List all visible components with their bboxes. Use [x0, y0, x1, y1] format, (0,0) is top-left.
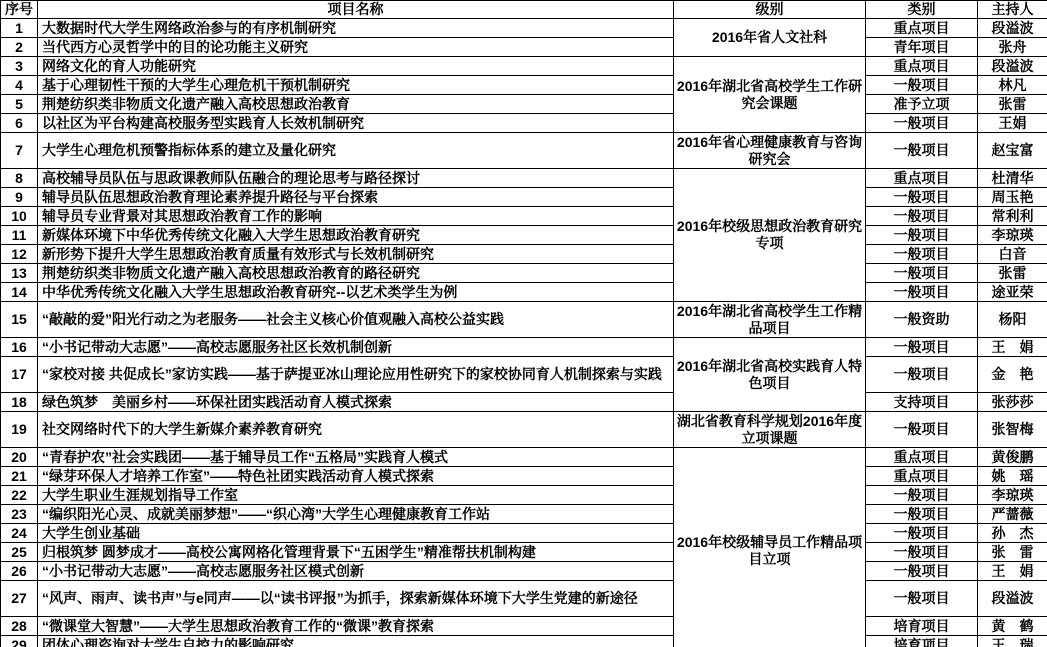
table-row: 15“敲敲的爱”阳光行动之为老服务——社会主义核心价值观融入高校公益实践2016…: [1, 302, 1047, 338]
leader-cell: 张舟: [978, 38, 1047, 57]
row-number-cell: 22: [1, 486, 38, 505]
header-category: 类别: [866, 1, 978, 19]
table-row: 11新媒体环境下中华优秀传统文化融入大学生思想政治教育研究一般项目李琼瑛: [1, 226, 1047, 245]
category-cell: 一般项目: [866, 114, 978, 133]
table-row: 12新形势下提升大学生思想政治教育质量有效形式与长效机制研究一般项目白音: [1, 245, 1047, 264]
row-number-cell: 24: [1, 524, 38, 543]
project-name-cell: 中华优秀传统文化融入大学生思想政治教育研究--以艺术类学生为例: [38, 283, 674, 302]
category-cell: 重点项目: [866, 19, 978, 38]
leader-cell: 周玉艳: [978, 188, 1047, 207]
table-row: 24大学生创业基础一般项目孙 杰: [1, 524, 1047, 543]
table-row: 23“编织阳光心灵、成就美丽梦想”——“织心湾”大学生心理健康教育工作站一般项目…: [1, 505, 1047, 524]
table-row: 14中华优秀传统文化融入大学生思想政治教育研究--以艺术类学生为例一般项目途亚荣: [1, 283, 1047, 302]
project-name-cell: 辅导员队伍思想政治教育理论素养提升路径与平台探索: [38, 188, 674, 207]
category-cell: 培育项目: [866, 617, 978, 636]
category-cell: 一般项目: [866, 245, 978, 264]
category-cell: 一般项目: [866, 133, 978, 169]
row-number-cell: 1: [1, 19, 38, 38]
project-name-cell: 大学生创业基础: [38, 524, 674, 543]
project-name-cell: 大学生职业生涯规划指导工作室: [38, 486, 674, 505]
leader-cell: 张 雷: [978, 543, 1047, 562]
table-row: 9辅导员队伍思想政治教育理论素养提升路径与平台探索一般项目周玉艳: [1, 188, 1047, 207]
category-cell: 一般项目: [866, 338, 978, 357]
category-cell: 一般项目: [866, 226, 978, 245]
leader-cell: 金 艳: [978, 357, 1047, 393]
row-number-cell: 18: [1, 393, 38, 412]
row-number-cell: 2: [1, 38, 38, 57]
project-name-cell: 新媒体环境下中华优秀传统文化融入大学生思想政治教育研究: [38, 226, 674, 245]
table-row: 16“小书记带动大志愿”——高校志愿服务社区长效机制创新2016年湖北省高校实践…: [1, 338, 1047, 357]
category-cell: 一般项目: [866, 76, 978, 95]
project-name-cell: “青春护农”社会实践团——基于辅导员工作“五格局”实践育人模式: [38, 448, 674, 467]
project-name-cell: “小书记带动大志愿”——高校志愿服务社区长效机制创新: [38, 338, 674, 357]
leader-cell: 王 娟: [978, 562, 1047, 581]
category-cell: 支持项目: [866, 393, 978, 412]
table-row: 6以社区为平台构建高校服务型实践育人长效机制研究一般项目王娟: [1, 114, 1047, 133]
level-cell: 2016年湖北省高校实践育人特色项目: [674, 338, 866, 412]
row-number-cell: 28: [1, 617, 38, 636]
header-leader: 主持人: [978, 1, 1047, 19]
row-number-cell: 5: [1, 95, 38, 114]
header-row: 序号 项目名称 级别 类别 主持人: [1, 1, 1047, 19]
project-name-cell: 辅导员专业背景对其思想政治教育工作的影响: [38, 207, 674, 226]
leader-cell: 杨阳: [978, 302, 1047, 338]
project-name-cell: 新形势下提升大学生思想政治教育质量有效形式与长效机制研究: [38, 245, 674, 264]
row-number-cell: 20: [1, 448, 38, 467]
category-cell: 一般项目: [866, 412, 978, 448]
table-row: 22大学生职业生涯规划指导工作室一般项目李琼瑛: [1, 486, 1047, 505]
row-number-cell: 15: [1, 302, 38, 338]
row-number-cell: 26: [1, 562, 38, 581]
leader-cell: 王 瑞: [978, 636, 1047, 647]
row-number-cell: 9: [1, 188, 38, 207]
table-row: 27“风声、雨声、读书声”与e同声——以“读书评报”为抓手，探索新媒体环境下大学…: [1, 581, 1047, 617]
category-cell: 一般项目: [866, 486, 978, 505]
leader-cell: 常利利: [978, 207, 1047, 226]
leader-cell: 林凡: [978, 76, 1047, 95]
project-name-cell: 大数据时代大学生网络政治参与的有序机制研究: [38, 19, 674, 38]
table-row: 5荆楚纺织类非物质文化遗产融入高校思想政治教育准予立项张雷: [1, 95, 1047, 114]
category-cell: 一般项目: [866, 188, 978, 207]
table-row: 19社交网络时代下的大学生新媒介素养教育研究湖北省教育科学规划2016年度立项课…: [1, 412, 1047, 448]
table-row: 18绿色筑梦 美丽乡村——环保社团实践活动育人模式探索支持项目张莎莎: [1, 393, 1047, 412]
leader-cell: 黄 鹤: [978, 617, 1047, 636]
leader-cell: 姚 瑶: [978, 467, 1047, 486]
project-name-cell: 团体心理咨询对大学生自控力的影响研究: [38, 636, 674, 647]
level-cell: 2016年省人文社科: [674, 19, 866, 57]
header-level: 级别: [674, 1, 866, 19]
level-cell: 2016年湖北省高校学生工作精品项目: [674, 302, 866, 338]
level-cell: 2016年校级辅导员工作精品项目立项: [674, 448, 866, 647]
category-cell: 一般项目: [866, 562, 978, 581]
leader-cell: 孙 杰: [978, 524, 1047, 543]
table-row: 10辅导员专业背景对其思想政治教育工作的影响一般项目常利利: [1, 207, 1047, 226]
table-row: 21“绿芽环保人才培养工作室”——特色社团实践活动育人模式探索重点项目姚 瑶: [1, 467, 1047, 486]
row-number-cell: 14: [1, 283, 38, 302]
leader-cell: 赵宝富: [978, 133, 1047, 169]
table-row: 4基于心理韧性干预的大学生心理危机干预机制研究一般项目林凡: [1, 76, 1047, 95]
row-number-cell: 17: [1, 357, 38, 393]
header-row-number: 序号: [1, 1, 38, 19]
row-number-cell: 16: [1, 338, 38, 357]
level-cell: 2016年省心理健康教育与咨询研究会: [674, 133, 866, 169]
leader-cell: 张雷: [978, 95, 1047, 114]
category-cell: 一般资助: [866, 302, 978, 338]
row-number-cell: 8: [1, 169, 38, 188]
category-cell: 青年项目: [866, 38, 978, 57]
leader-cell: 黄俊鹏: [978, 448, 1047, 467]
table-row: 25归根筑梦 圆梦成才——高校公寓网格化管理背景下“五困学生”精准帮扶机制构建一…: [1, 543, 1047, 562]
row-number-cell: 21: [1, 467, 38, 486]
project-name-cell: “敲敲的爱”阳光行动之为老服务——社会主义核心价值观融入高校公益实践: [38, 302, 674, 338]
table-row: 26“小书记带动大志愿”——高校志愿服务社区模式创新一般项目王 娟: [1, 562, 1047, 581]
level-cell: 2016年湖北省高校学生工作研究会课题: [674, 57, 866, 133]
row-number-cell: 27: [1, 581, 38, 617]
category-cell: 重点项目: [866, 448, 978, 467]
leader-cell: 段溢波: [978, 57, 1047, 76]
category-cell: 重点项目: [866, 169, 978, 188]
project-name-cell: 网络文化的育人功能研究: [38, 57, 674, 76]
leader-cell: 王 娟: [978, 338, 1047, 357]
row-number-cell: 12: [1, 245, 38, 264]
project-name-cell: 当代西方心灵哲学中的目的论功能主义研究: [38, 38, 674, 57]
category-cell: 一般项目: [866, 283, 978, 302]
project-name-cell: 大学生心理危机预警指标体系的建立及量化研究: [38, 133, 674, 169]
project-name-cell: 高校辅导员队伍与思政课教师队伍融合的理论思考与路径探讨: [38, 169, 674, 188]
leader-cell: 李琼瑛: [978, 226, 1047, 245]
table-row: 7大学生心理危机预警指标体系的建立及量化研究2016年省心理健康教育与咨询研究会…: [1, 133, 1047, 169]
project-name-cell: “绿芽环保人才培养工作室”——特色社团实践活动育人模式探索: [38, 467, 674, 486]
project-name-cell: “小书记带动大志愿”——高校志愿服务社区模式创新: [38, 562, 674, 581]
leader-cell: 张雷: [978, 264, 1047, 283]
header-project-name: 项目名称: [38, 1, 674, 19]
table-row: 3网络文化的育人功能研究2016年湖北省高校学生工作研究会课题重点项目段溢波: [1, 57, 1047, 76]
row-number-cell: 23: [1, 505, 38, 524]
category-cell: 一般项目: [866, 357, 978, 393]
project-name-cell: 以社区为平台构建高校服务型实践育人长效机制研究: [38, 114, 674, 133]
row-number-cell: 19: [1, 412, 38, 448]
project-name-cell: 绿色筑梦 美丽乡村——环保社团实践活动育人模式探索: [38, 393, 674, 412]
project-table: 序号 项目名称 级别 类别 主持人 1大数据时代大学生网络政治参与的有序机制研究…: [0, 0, 1047, 647]
level-cell: 湖北省教育科学规划2016年度立项课题: [674, 412, 866, 448]
table-row: 20“青春护农”社会实践团——基于辅导员工作“五格局”实践育人模式2016年校级…: [1, 448, 1047, 467]
project-name-cell: “家校对接 共促成长”家访实践——基于萨提亚冰山理论应用性研究下的家校协同育人机…: [38, 357, 674, 393]
table-row: 1大数据时代大学生网络政治参与的有序机制研究2016年省人文社科重点项目段溢波: [1, 19, 1047, 38]
category-cell: 一般项目: [866, 505, 978, 524]
category-cell: 一般项目: [866, 581, 978, 617]
project-name-cell: 社交网络时代下的大学生新媒介素养教育研究: [38, 412, 674, 448]
table-row: 29团体心理咨询对大学生自控力的影响研究培育项目王 瑞: [1, 636, 1047, 647]
category-cell: 一般项目: [866, 543, 978, 562]
project-name-cell: 荆楚纺织类非物质文化遗产融入高校思想政治教育的路径研究: [38, 264, 674, 283]
table-row: 28“微课堂大智慧”——大学生思想政治教育工作的“微课”教育探索培育项目黄 鹤: [1, 617, 1047, 636]
leader-cell: 张莎莎: [978, 393, 1047, 412]
leader-cell: 王娟: [978, 114, 1047, 133]
leader-cell: 杜清华: [978, 169, 1047, 188]
row-number-cell: 13: [1, 264, 38, 283]
category-cell: 一般项目: [866, 264, 978, 283]
row-number-cell: 7: [1, 133, 38, 169]
project-table-body: 1大数据时代大学生网络政治参与的有序机制研究2016年省人文社科重点项目段溢波2…: [1, 19, 1047, 647]
category-cell: 准予立项: [866, 95, 978, 114]
row-number-cell: 6: [1, 114, 38, 133]
table-row: 8高校辅导员队伍与思政课教师队伍融合的理论思考与路径探讨2016年校级思想政治教…: [1, 169, 1047, 188]
category-cell: 一般项目: [866, 524, 978, 543]
project-name-cell: “风声、雨声、读书声”与e同声——以“读书评报”为抓手，探索新媒体环境下大学生党…: [38, 581, 674, 617]
row-number-cell: 25: [1, 543, 38, 562]
leader-cell: 张智梅: [978, 412, 1047, 448]
leader-cell: 段溢波: [978, 19, 1047, 38]
leader-cell: 途亚荣: [978, 283, 1047, 302]
category-cell: 一般项目: [866, 207, 978, 226]
project-name-cell: 基于心理韧性干预的大学生心理危机干预机制研究: [38, 76, 674, 95]
category-cell: 重点项目: [866, 467, 978, 486]
row-number-cell: 4: [1, 76, 38, 95]
leader-cell: 白音: [978, 245, 1047, 264]
row-number-cell: 3: [1, 57, 38, 76]
project-name-cell: 荆楚纺织类非物质文化遗产融入高校思想政治教育: [38, 95, 674, 114]
row-number-cell: 10: [1, 207, 38, 226]
table-row: 13荆楚纺织类非物质文化遗产融入高校思想政治教育的路径研究一般项目张雷: [1, 264, 1047, 283]
leader-cell: 严蔷薇: [978, 505, 1047, 524]
leader-cell: 段溢波: [978, 581, 1047, 617]
table-row: 17“家校对接 共促成长”家访实践——基于萨提亚冰山理论应用性研究下的家校协同育…: [1, 357, 1047, 393]
project-name-cell: “微课堂大智慧”——大学生思想政治教育工作的“微课”教育探索: [38, 617, 674, 636]
row-number-cell: 29: [1, 636, 38, 647]
project-name-cell: “编织阳光心灵、成就美丽梦想”——“织心湾”大学生心理健康教育工作站: [38, 505, 674, 524]
row-number-cell: 11: [1, 226, 38, 245]
table-row: 2当代西方心灵哲学中的目的论功能主义研究青年项目张舟: [1, 38, 1047, 57]
leader-cell: 李琼瑛: [978, 486, 1047, 505]
level-cell: 2016年校级思想政治教育研究专项: [674, 169, 866, 302]
category-cell: 培育项目: [866, 636, 978, 647]
category-cell: 重点项目: [866, 57, 978, 76]
project-name-cell: 归根筑梦 圆梦成才——高校公寓网格化管理背景下“五困学生”精准帮扶机制构建: [38, 543, 674, 562]
